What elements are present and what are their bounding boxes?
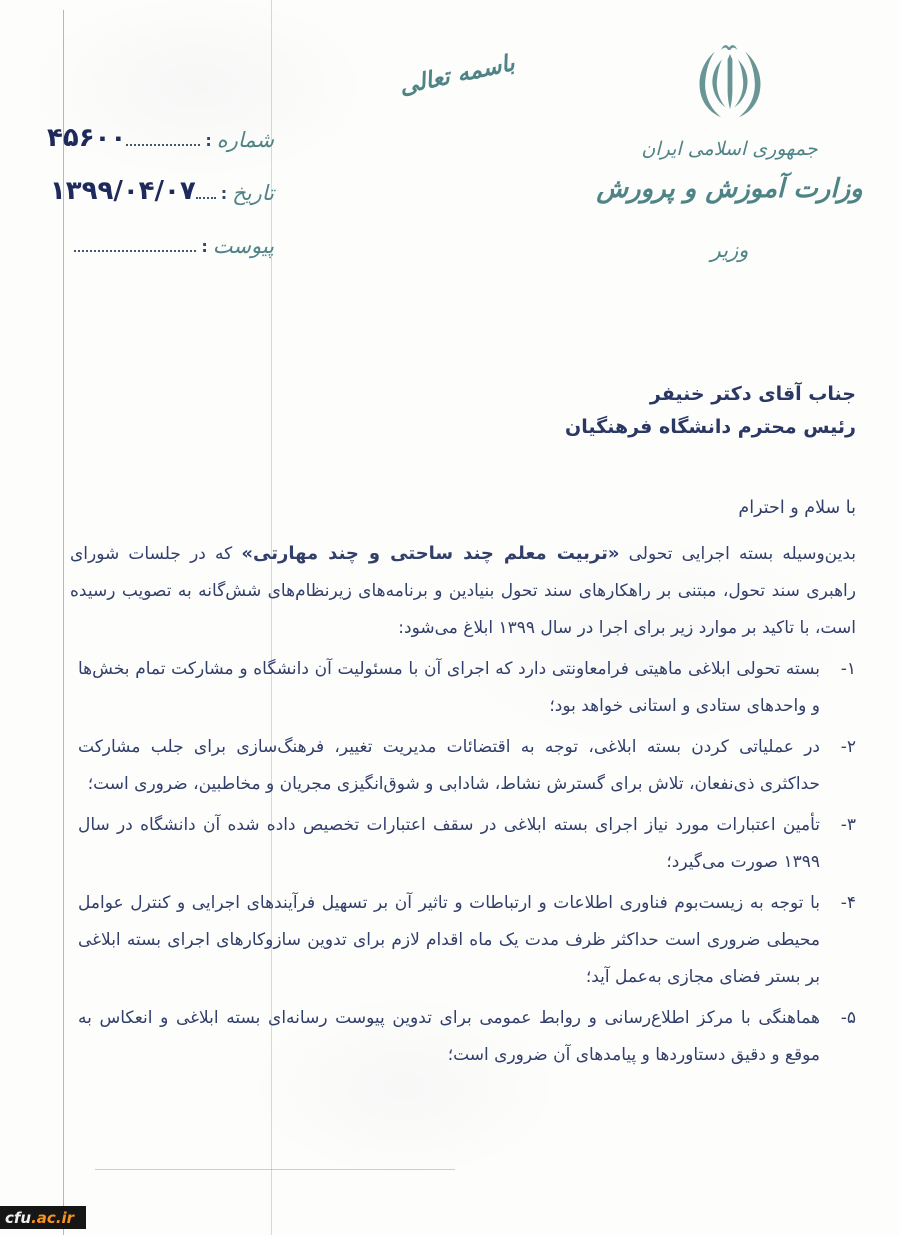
item-number: ۳- bbox=[820, 807, 856, 881]
field-label-date: تاریخ bbox=[232, 181, 274, 210]
item-number: ۴- bbox=[820, 885, 856, 996]
iran-allah-emblem-icon bbox=[690, 42, 770, 130]
directive-item-1: ۱- بسته تحولی ابلاغی ماهیتی فرامعاونتی د… bbox=[70, 651, 856, 725]
field-row-attachment: پیوست : bbox=[70, 210, 274, 263]
letterhead-ministry: وزارت آموزش و پرورش bbox=[596, 174, 862, 204]
item-text: تأمین اعتبارات مورد نیاز اجرای بسته ابلا… bbox=[70, 807, 820, 881]
salutation: با سلام و احترام bbox=[70, 490, 856, 527]
field-row-number: شماره : ۴۵۶۰۰ bbox=[70, 104, 274, 157]
directive-item-2: ۲- در عملیاتی کردن بسته ابلاغی، توجه به … bbox=[70, 729, 856, 803]
letterhead: جمهوری اسلامی ایران وزارت آموزش و پرورش … bbox=[577, 42, 882, 262]
item-text: با توجه به زیست‌بوم فناوری اطلاعات و ارت… bbox=[70, 885, 820, 996]
recipient-name: جناب آقای دکتر خنیفر bbox=[70, 378, 856, 411]
watermark-site-suffix: .ac.ir bbox=[31, 1209, 74, 1227]
bismillah-calligraphy: باسمه تعالی bbox=[391, 49, 524, 101]
item-text: هماهنگی با مرکز اطلاع‌رسانی و روابط عموم… bbox=[70, 1000, 820, 1074]
item-number: ۱- bbox=[820, 651, 856, 725]
watermark-site-prefix: cfu bbox=[5, 1209, 31, 1227]
colon-separator: : bbox=[196, 237, 212, 263]
colon-separator: : bbox=[200, 131, 216, 157]
field-value-number: ۴۵۶۰۰ bbox=[47, 125, 126, 157]
letterhead-office: وزیر bbox=[711, 238, 749, 262]
dotted-line bbox=[126, 140, 200, 146]
directive-item-4: ۴- با توجه به زیست‌بوم فناوری اطلاعات و … bbox=[70, 885, 856, 996]
field-label-attachment: پیوست bbox=[213, 234, 274, 263]
horizontal-fold-line bbox=[95, 1169, 455, 1170]
item-text: بسته تحولی ابلاغی ماهیتی فرامعاونتی دارد… bbox=[70, 651, 820, 725]
letterhead-country: جمهوری اسلامی ایران bbox=[641, 138, 817, 160]
recipient-title: رئیس محترم دانشگاه فرهنگیان bbox=[70, 411, 856, 444]
dotted-line bbox=[74, 246, 196, 252]
directive-item-3: ۳- تأمین اعتبارات مورد نیاز اجرای بسته ا… bbox=[70, 807, 856, 881]
item-text: در عملیاتی کردن بسته ابلاغی، توجه به اقت… bbox=[70, 729, 820, 803]
colon-separator: : bbox=[216, 184, 232, 210]
intro-paragraph: بدین‌وسیله بسته اجرایی تحولی «تربیت معلم… bbox=[70, 535, 856, 647]
field-label-number: شماره bbox=[217, 128, 274, 157]
item-number: ۵- bbox=[820, 1000, 856, 1074]
letterhead-fields: شماره : ۴۵۶۰۰ تاریخ : ۱۳۹۹/۰۴/۰۷ پیوست : bbox=[70, 104, 274, 263]
field-value-date: ۱۳۹۹/۰۴/۰۷ bbox=[50, 178, 196, 210]
directive-item-5: ۵- هماهنگی با مرکز اطلاع‌رسانی و روابط ع… bbox=[70, 1000, 856, 1074]
intro-package-title: «تربیت معلم چند ساحتی و چند مهارتی» bbox=[241, 543, 619, 564]
intro-text-start: بدین‌وسیله بسته اجرایی تحولی bbox=[619, 544, 856, 564]
dotted-line bbox=[196, 193, 216, 199]
scanned-official-letter: باسمه تعالی جمهوری اسلامی ایران وزارت آم… bbox=[0, 0, 900, 1235]
item-number: ۲- bbox=[820, 729, 856, 803]
field-row-date: تاریخ : ۱۳۹۹/۰۴/۰۷ bbox=[70, 157, 274, 210]
letter-body: جناب آقای دکتر خنیفر رئیس محترم دانشگاه … bbox=[70, 378, 856, 1074]
cfu-watermark-badge: cfu.ac.ir bbox=[0, 1206, 86, 1229]
